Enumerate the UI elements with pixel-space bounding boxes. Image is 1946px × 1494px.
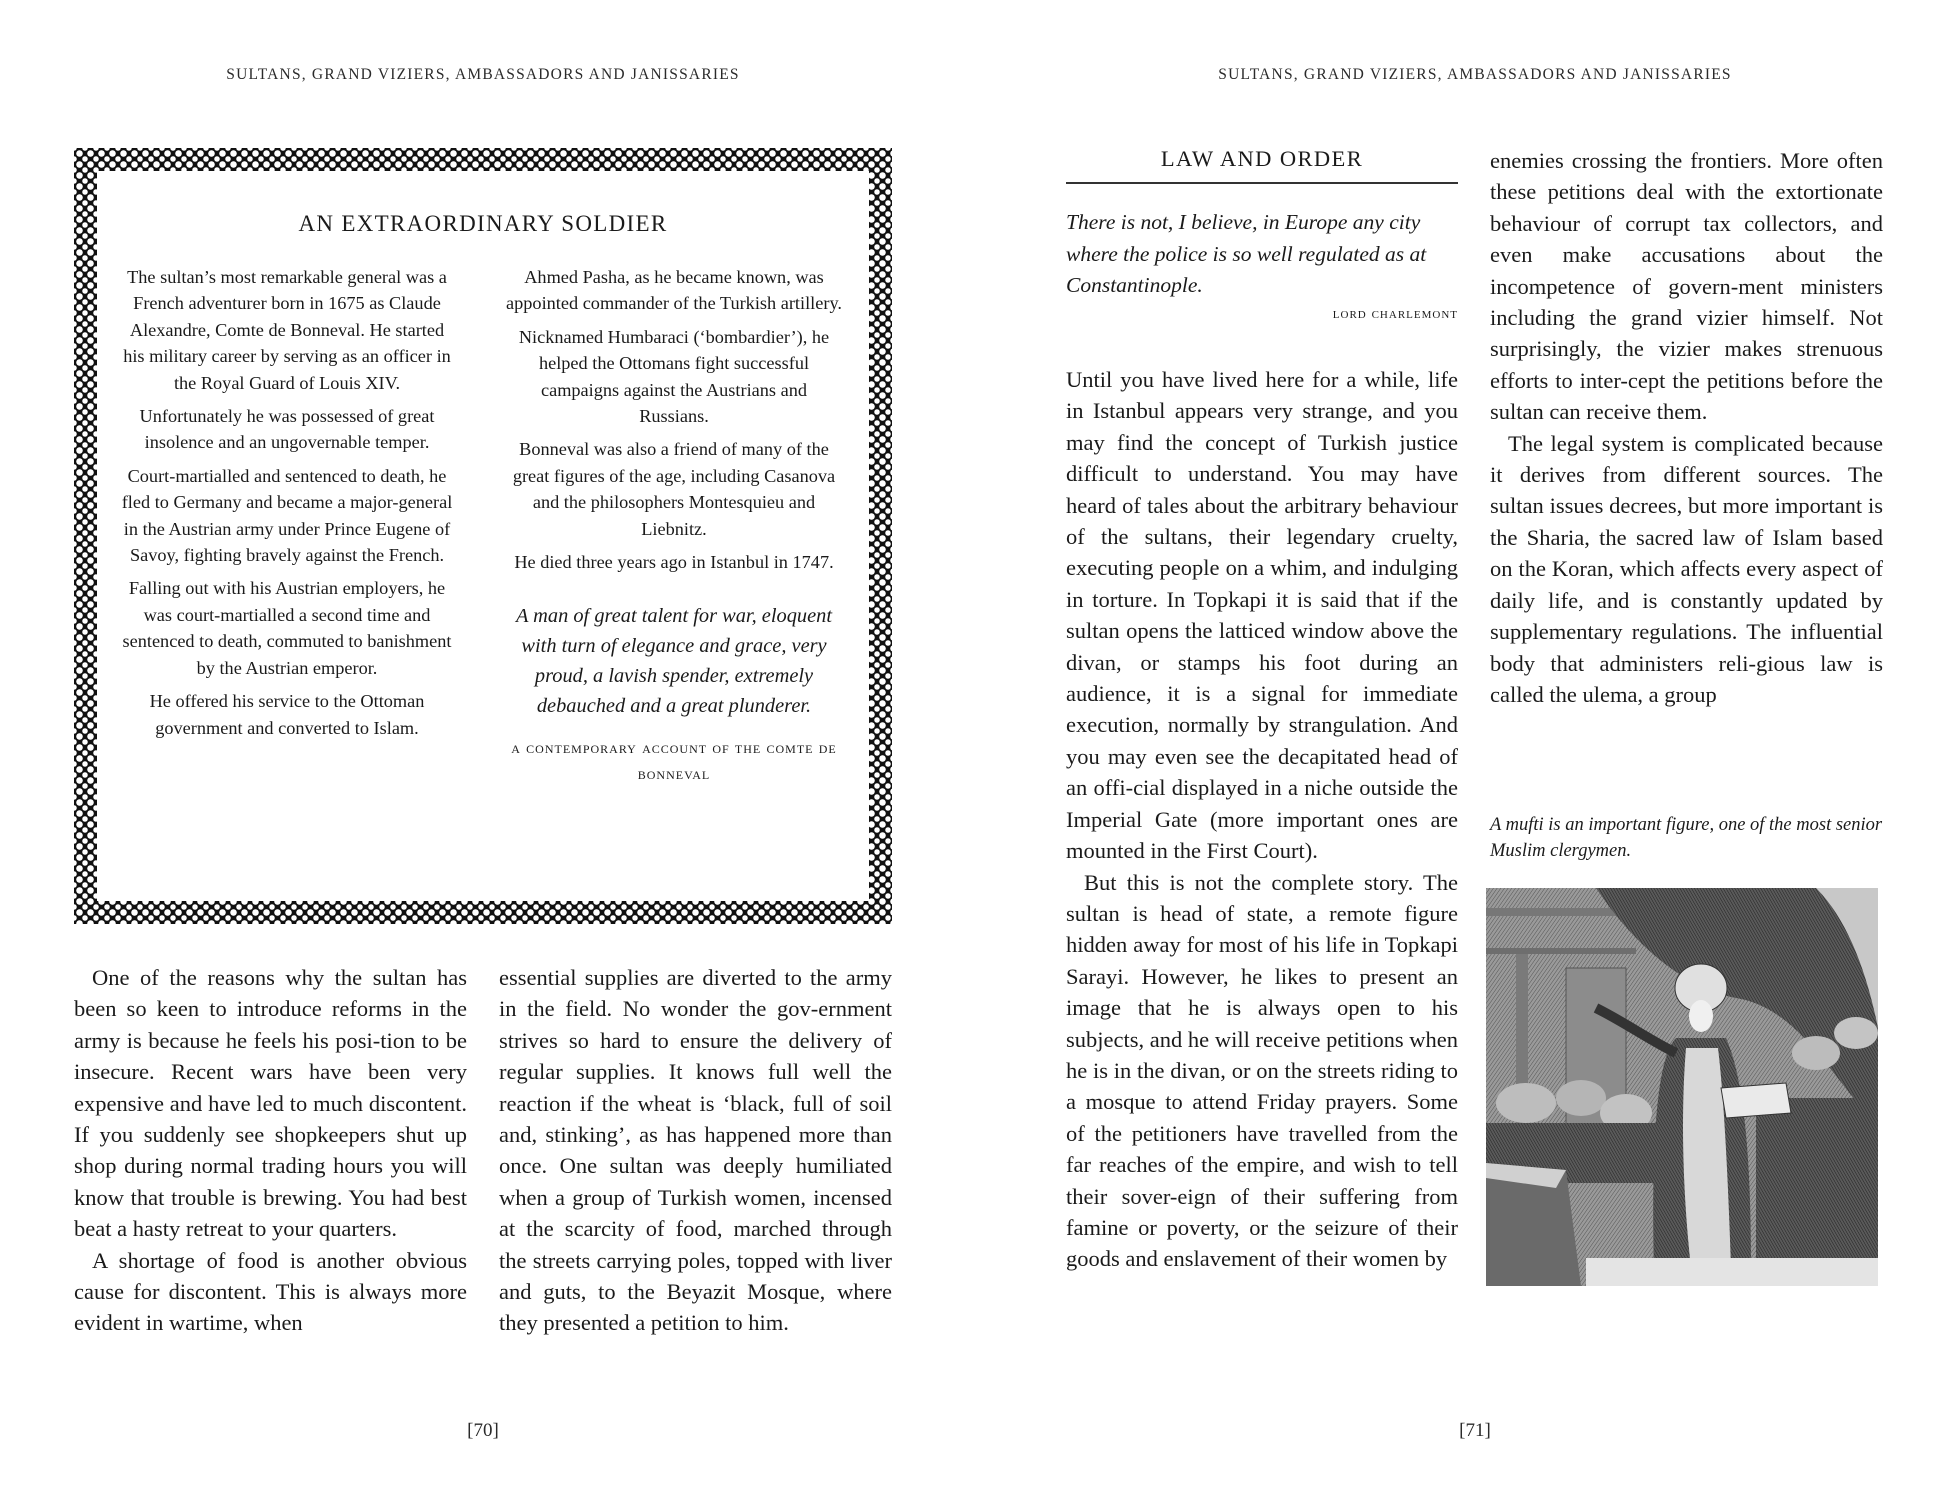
section-title: LAW AND ORDER (1066, 146, 1458, 184)
body-paragraph: But this is not the complete story. The … (1066, 867, 1458, 1275)
sidebar-paragraph: He died three years ago in Istanbul in 1… (504, 549, 844, 575)
epigraph-attribution: lord charlemont (1066, 305, 1458, 323)
sidebar-paragraph: Nicknamed Humbaraci (‘bombardier’), he h… (504, 324, 844, 430)
sidebar-paragraph: He offered his service to the Ottoman go… (117, 688, 457, 741)
body-paragraph: One of the reasons why the sultan has be… (74, 962, 467, 1245)
left-page-body-column-1: One of the reasons why the sultan has be… (74, 962, 467, 1339)
body-paragraph: A shortage of food is another obvious ca… (74, 1245, 467, 1339)
body-paragraph: essential supplies are diverted to the a… (499, 962, 892, 1339)
left-page-body-column-2: essential supplies are diverted to the a… (499, 962, 892, 1339)
right-page-body-column-1: Until you have lived here for a while, l… (1066, 364, 1458, 1275)
body-paragraph: The legal system is complicated because … (1490, 428, 1883, 711)
sidebar-paragraph: Court-martialled and sentenced to death,… (117, 463, 457, 569)
sidebar-paragraph: Unfortunately he was possessed of great … (117, 403, 457, 456)
engraving-illustration-icon (1486, 888, 1878, 1286)
body-paragraph: Until you have lived here for a while, l… (1066, 364, 1458, 867)
running-head-right: SULTANS, GRAND VIZIERS, AMBASSADORS AND … (1066, 66, 1884, 84)
mufti-engraving-image (1486, 888, 1878, 1286)
epigraph: There is not, I believe, in Europe any c… (1066, 207, 1458, 302)
sidebar-paragraph: Falling out with his Austrian employers,… (117, 575, 457, 681)
sidebar-paragraph: The sultan’s most remarkable general was… (117, 264, 457, 396)
right-page-body-column-2: enemies crossing the frontiers. More oft… (1490, 145, 1883, 710)
sidebar-box-left-column: The sultan’s most remarkable general was… (117, 264, 457, 748)
sidebar-quote: A man of great talent for war, eloquent … (504, 601, 844, 721)
sidebar-box-right-column: Ahmed Pasha, as he became known, was app… (504, 264, 844, 794)
sidebar-paragraph: Bonneval was also a friend of many of th… (504, 436, 844, 542)
sidebar-paragraph: Ahmed Pasha, as he became known, was app… (504, 264, 844, 317)
sidebar-box-title: AN EXTRAORDINARY SOLDIER (97, 211, 869, 237)
sidebar-quote-attribution: a contemporary account of the comte de b… (504, 735, 844, 787)
figure-caption: A mufti is an important figure, one of t… (1490, 812, 1890, 864)
sidebar-box-border: AN EXTRAORDINARY SOLDIER The sultan’s mo… (74, 148, 892, 924)
page-number-right: [71] (1066, 1420, 1884, 1442)
running-head-left: SULTANS, GRAND VIZIERS, AMBASSADORS AND … (74, 66, 892, 84)
sidebar-box: AN EXTRAORDINARY SOLDIER The sultan’s mo… (97, 171, 869, 901)
body-paragraph: enemies crossing the frontiers. More oft… (1490, 145, 1883, 428)
page-number-left: [70] (74, 1420, 892, 1442)
